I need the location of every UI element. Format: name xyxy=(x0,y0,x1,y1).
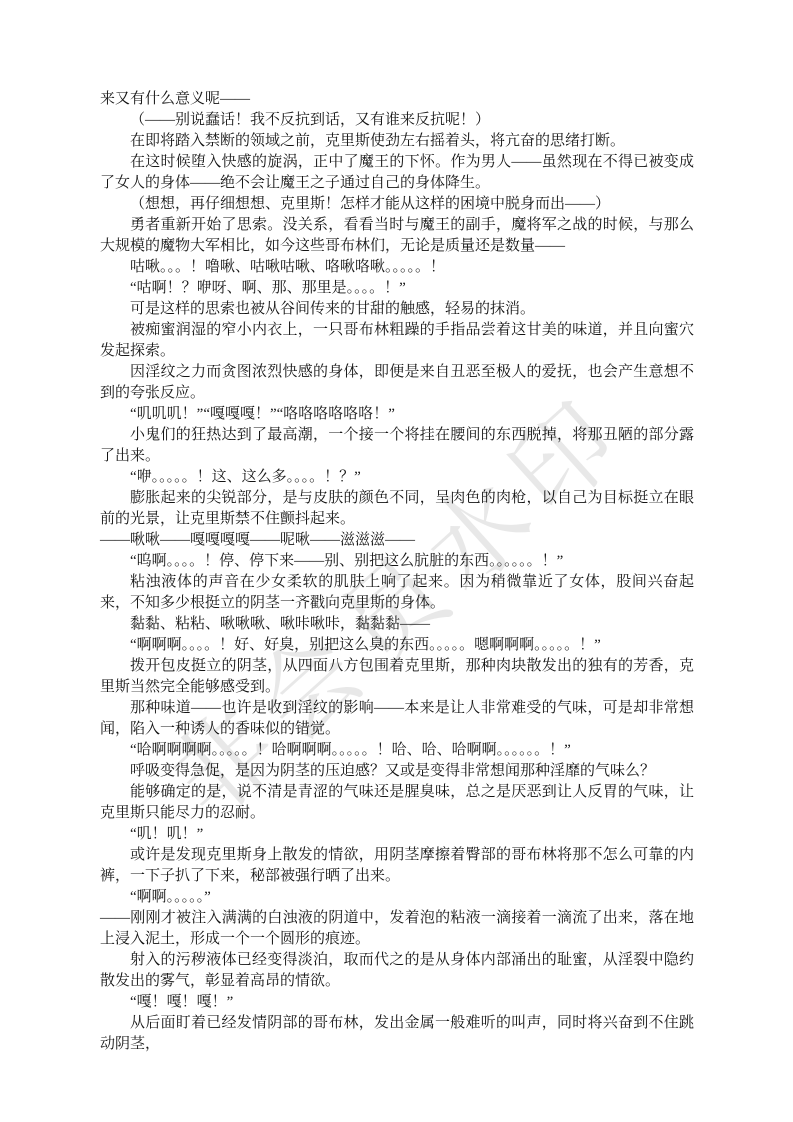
paragraph: 射入的污秽液体已经变得淡泊，取而代之的是从身体内部涌出的耻蜜，从淫裂中隐约散发出… xyxy=(100,950,694,992)
paragraph: 膨胀起来的尖锐部分，是与皮肤的颜色不同，呈肉色的肉枪，以自己为目标挺立在眼前的光… xyxy=(100,488,694,530)
paragraph: “叽！叽！” xyxy=(100,824,694,845)
paragraph: （想想，再仔细想想、克里斯！怎样才能从这样的困境中脱身而出——） xyxy=(100,194,694,215)
paragraph: ——刚刚才被注入满满的白浊液的阴道中，发着泡的粘液一滴接着一滴流了出来，落在地上… xyxy=(100,908,694,950)
paragraph: （——别说蠢话！我不反抗到话，又有谁来反抗呢！） xyxy=(100,110,694,131)
paragraph: “啊啊。。。。。” xyxy=(100,887,694,908)
paragraph: 在即将踏入禁断的领域之前，克里斯使劲左右摇着头，将亢奋的思绪打断。 xyxy=(100,131,694,152)
paragraph: “啊啊啊。。。。！好、好臭，别把这么臭的东西。。。。。嗯啊啊啊。。。。。！” xyxy=(100,635,694,656)
paragraph: 小鬼们的狂热达到了最高潮，一个接一个将挂在腰间的东西脱掉，将那丑陋的部分露了出来… xyxy=(100,425,694,467)
paragraph: 拨开包皮挺立的阴茎，从四面八方包围着克里斯，那种肉块散发出的独有的芳香，克里斯当… xyxy=(100,656,694,698)
paragraph: “叽叽叽！”“嘎嘎嘎！”“咯咯咯咯咯咯！” xyxy=(100,404,694,425)
paragraph: 勇者重新开始了思索。没关系，看看当时与魔王的副手，魔将军之战的时候，与那么大规模… xyxy=(100,215,694,257)
paragraph: ——啾啾——嘎嘎嘎嘎——呢啾——滋滋滋—— xyxy=(100,530,694,551)
document-body: 来又有什么意义呢——（——别说蠢话！我不反抗到话，又有谁来反抗呢！）在即将踏入禁… xyxy=(100,89,694,1055)
paragraph: 从后面盯着已经发情阴部的哥布林，发出金属一般难听的叫声，同时将兴奋到不住跳动阴茎… xyxy=(100,1013,694,1055)
paragraph: 被痴蜜润湿的窄小内衣上，一只哥布林粗躁的手指品尝着这甘美的味道，并且向蜜穴发起探… xyxy=(100,320,694,362)
paragraph: 可是这样的思索也被从谷间传来的甘甜的触感，轻易的抹消。 xyxy=(100,299,694,320)
paragraph: 或许是发现克里斯身上散发的情欲，用阴茎摩擦着臀部的哥布林将那不怎么可靠的内裤，一… xyxy=(100,845,694,887)
paragraph: 因淫纹之力而贪图浓烈快感的身体，即便是来自丑恶至极人的爱抚，也会产生意想不到的夸… xyxy=(100,362,694,404)
paragraph: “咕啊！？咿呀、啊、那、那里是。。。。！” xyxy=(100,278,694,299)
paragraph: 粘浊液体的声音在少女柔软的肌肤上响了起来。因为稍微靠近了女体，股间兴奋起来，不知… xyxy=(100,572,694,614)
paragraph: 呼吸变得急促，是因为阴茎的压迫感？又或是变得非常想闻那种淫靡的气味么？ xyxy=(100,761,694,782)
document-page: 非会员水印 来又有什么意义呢——（——别说蠢话！我不反抗到话，又有谁来反抗呢！）… xyxy=(0,0,793,1122)
paragraph: 咕啾。。。！噜啾、咕啾咕啾、咯啾咯啾。。。。。！ xyxy=(100,257,694,278)
paragraph: 能够确定的是，说不清是青涩的气味还是腥臭味，总之是厌恶到让人反胃的气味，让克里斯… xyxy=(100,782,694,824)
paragraph: “咿。。。。。！这、这么多。。。。！？” xyxy=(100,467,694,488)
paragraph: 黏黏、粘粘、啾啾啾、啾咔啾咔，黏黏黏—— xyxy=(100,614,694,635)
paragraph: 在这时候堕入快感的旋涡，正中了魔王的下怀。作为男人——虽然现在不得已被变成了女人… xyxy=(100,152,694,194)
paragraph: “呜啊。。。。！停、停下来——别、别把这么肮脏的东西。。。。。。！” xyxy=(100,551,694,572)
paragraph: “哈啊啊啊啊。。。。。！哈啊啊啊。。。。。！哈、哈、哈啊啊。。。。。。！” xyxy=(100,740,694,761)
paragraph: 那种味道——也许是收到淫纹的影响——本来是让人非常难受的气味，可是却非常想闻，陷… xyxy=(100,698,694,740)
paragraph: 来又有什么意义呢—— xyxy=(100,89,694,110)
paragraph: “嘎！嘎！嘎！” xyxy=(100,992,694,1013)
